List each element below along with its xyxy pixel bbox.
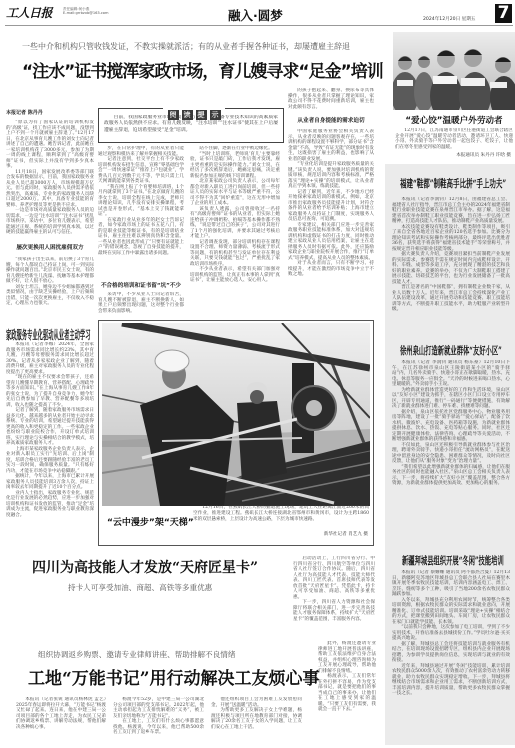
paragraph: 专家建议，相关部门应进一步完善家政服务职业技能标准体系，加大对违规培训机构和虚假… [288,223,374,262]
paragraph: 记者注意到，社交平台上有不少家政培训机构发布招生信息，宣称“零基础包学会”“一周… [98,157,184,185]
sidebar-body-xinjiang: 本报讯（记者 蔡姗姗 通讯员 阿不都热合曼）12月13日，新疆阿克苏地区拜城县总… [392,570,510,738]
sichuan-subheadline: 持卡人可享受加油、商超、高铁等多重优惠 [68,582,212,593]
lead-column-a: 步，在日常护理中，有的从业者只能通过观察和模仿来了解并掌握相关技能。记者注意到，… [98,146,184,280]
paragraph: 杨渡今年52岁，是中建三局一公司湖北分公司项目部的党支部书记。2022年起，他主… [113,697,204,719]
paragraph: 下一步，四川省人力资源和社会保障厅将联合相关部门，进一步完善高技能人才服务保障体… [293,600,375,622]
paragraph: “我家孩子出生以来，前后换了3个育儿嫂，每个人都说自己持证上岗，可一到实际操作就… [6,257,94,285]
section-title: 融入·圆梦 [228,6,283,24]
dumpling-workers-photo [393,32,515,110]
sidebar-headline-xuzhou: 徐州泉山打造新就业群体“友好小区” [400,343,502,358]
lead-byline: 本报记者 陈丹丹 [6,109,43,116]
lead-deck: 一些中介和机构只管收钱发证，不教实操就派活；有的从业者手握各种证书，却屡遭雇主辞… [22,41,350,52]
paragraph: “现在的雇主不仅要求会带孩子，还希望育儿嫂懂早期教育、营养搭配、心理疏导等多方面… [6,375,94,408]
lead-column-b: 站不住脚，逐渐在行业中被边缘化。“当时上培训班，老师说‘育儿’主要靠经验，证书只… [190,146,280,317]
paragraph: 晋江是著名的“中国鞋都”，拥有制鞋企业数千家，从业人员数十万人。近年来，晋江市总… [392,285,510,313]
top-photo-credit: 本报通讯员 朱丹丹 许晗 摄 [395,152,511,158]
paragraph: “我们希望以此增强新就业群体的归属感，让他们在服务社区的同时也能融入社区。”泉山… [392,465,510,487]
paragraph: 步，在日常护理中，有的从业者只能通过观察和模仿来了解并掌握相关技能。 [98,146,184,157]
paragraph: “当时上培训班，老师说‘育儿’主要靠经验，证书只是敲门砖，工作后我才发现，雇主更… [190,152,280,180]
paragraph: 中国家庭服务业协会相关负责人表示，从业者反映的问题客观存在，一些培训机构的课程设… [288,129,374,162]
paragraph: 在家政行业从业多年的赵女士告诉记者，如今家政市场上的证书五花八门，有的是职业技能… [98,218,184,257]
paragraph: 在工地上，工友们有什么烦心事都愿意找他。杨渡说，今年以来，他已帮助500余名工友… [113,719,204,736]
sidebar-body-fujian: 本报讯（记者李润钊）12月8日，由福建省总工会、福建省人社厅指导，晋江市总工会主… [392,197,510,340]
worksite-headline: 工地“万能书记”用行动解决工友烦心事 [28,664,320,689]
paragraph: “原以为有了国家认证的培训机构发的‘高级’证，找工作应该不成问题，没想到上户不到… [6,120,94,170]
sichuan-body: 启动活动上，工行四川省分行、中行四川省分行、四川航空等单位与四川省人社厅签订合作… [293,556,375,638]
paragraph: 本报讯（记者李娜）2024年，全国家政服务市场需求同比增长约23%，其中育儿嫂、… [6,342,94,375]
paragraph: 不仅如此，泉山区还积极引导新就业群体参与社区治理，聘请外卖骑手、快递小哥担任“流… [392,443,510,465]
email-credit: E-mail:grrbzxb@163.com [63,11,109,15]
paragraph: 该负责人透露，公司曾接收过一名持有“高级育婴师”证书的从业者，但实际上她连给孩子… [190,207,280,240]
paragraph: 杨渡表示，工友们常年在外打拼不容易，作为党支部书记，就是要把他们的事当成自己的事… [318,674,376,713]
lead-left-column-a: “原以为有了国家认证的培训机构发的‘高级’证，找工作应该不成问题，没想到上户不到… [6,120,94,238]
worksite-column-1: 本报讯（记者张锐 通讯员杨林虎 孟艺）2025年春运即将拉开大幕，“万能书记”杨… [16,697,106,748]
sidebar-headline-fujian: 福建“鞋都”制鞋高手比拼“手上功夫” [400,176,506,191]
paragraph: 为帮助更多工友解决子女上学难题，杨渡还积极与项目所在地教育部门对接，协调解决了2… [211,708,302,730]
top-photo-title: “爱心饺”温暖户外劳动者 [393,114,515,126]
sidebar-body-xuzhou: 本报讯（记者 李润钊 通讯员 杨东豪）12月10日下午，在江苏徐州市泉山区王陵街… [392,360,510,550]
side-article-body: 本报讯（记者李娜）2024年，全国家政服务市场需求同比增长约23%，其中育儿嫂、… [6,342,94,546]
paragraph: 据介绍，泉山区依托社区党群服务中心、物业服务用房等阵地，建设了一批“骑手驿站”“… [392,410,510,443]
paragraph: 据大赛负责人介绍，竞赛项目紧扣当前制鞋产业发展的实际需求，参赛选手需在规定时间内… [392,252,510,285]
top-photo-caption-text: 12月17日，江苏南通市崇川区任港街道工会联合辖区企业开展“爱心饺”温暖劳动者活… [395,128,513,150]
paragraph: 他还组织项目工会为困难工友发放慰问金，开展“送温暖”活动。 [211,697,302,708]
worksite-deck: 组织协调返乡购票、邀请专业律师讲座、帮助排解不良情绪 [38,649,235,660]
paragraph: 启动活动上，工行四川省分行、中行四川省分行、四川航空等单位与四川省人社厅签订合作… [293,556,375,600]
lead-column-c-subheading: 从业者自身提能的需求迫切 [288,118,374,125]
lead-column-c: 的孩子抱起来、翻身、换尿布等具体操作，很多从业者只掌握了理论知识，家政公司不得不… [288,88,374,116]
reading-tip-title: 阅读提示 [163,102,225,113]
paragraph: 对于从业者而言，只有不断学习、持续提升，才能在激烈的市场竞争中立于不败之地。 [288,261,374,278]
lead-column-a-continued: 采访中，不少从业人士向记者诉苦，育儿嫂不断被辞退，雇主不断换新人，如果上户后频繁… [98,292,184,317]
paragraph: 记者调查发现，部分培训机构存在课程设置不合理、师资力量薄弱、考核流于形式等问题，… [190,240,280,268]
paragraph: 本报讯（记者 蔡姗姗 通讯员 阿不都热合曼）12月13日，新疆阿克苏地区拜城县总… [392,570,510,598]
side-article-headline: 家政服务专业化驱动从业者主动学习 [6,326,90,343]
worksite-column-3: 他还组织项目工会为困难工友发放慰问金，开展“送温暖”活动。为帮助更多工友解决子女… [211,697,302,748]
lead-headline: “注水”证书搅浑家政市场，育儿嫂寻求“足金”培训 [22,57,383,82]
center-photo-caption-text: 12月16日，在燕矶长江大桥的猫道施工现场，建筑工人在距离江面近200米的高空作… [193,505,369,523]
sichuan-headline: 四川为高技能人才发放“天府匠星卡” [32,557,258,577]
paragraph: “以前我只会种地，这次参加了电工培训，学到了不少实用技术，开春后准备去县城找份工… [392,625,510,642]
newspaper-logo: 工人日报 [6,4,52,21]
paragraph: 北京某家政公司负责人表示，公司每年都会对新入职员工进行岗前培训，但一些持证人员的… [190,179,280,207]
paragraph: 此外，杨渡还邀请专业律师进工地开展普法讲座，帮助工友依法维护自身合法权益，并组织… [318,641,376,674]
header-meta: 责任编辑:何小燕 E-mail:grrbzxb@163.com [63,7,109,16]
paragraph: 刘女士坦言，她身边不少姐妹都遇到过类似情况，由于缺乏实操经验，上户后频频出错，只… [6,285,94,307]
paragraph: 一边是市场对高质量家政服务人员的迫切需求，一边是“注水培训”“注水证书”扰乱市场… [6,208,94,236]
sidebar-headline-xinjiang: 新疆拜城县组织开展“冬闲”技能培训 [402,553,504,568]
paragraph: 本报讯（记者 李润钊 通讯员 杨东豪）12月10日下午，在江苏徐州市泉山区王陵街… [392,360,510,388]
paragraph: 11月18日，国家发展改革委等部门联合发布的数据显示，目前，我国家政服务业从业人… [6,170,94,209]
header-rule [5,25,513,26]
bridge-worker-photo [102,323,370,506]
paragraph: 据统计，今年以来，上海市已累计开展家政服务人员技能培训3万余人次，持证上岗率较去… [6,474,94,491]
paragraph: 本次技能竞赛设有鞋类设计、鞋类制作等项目，吸引了来自全省各地近百家企业的120名… [392,225,510,253]
paragraph: “我在网上报了个育婴师培训班，1个月内就拿到了3个证书。”在北京做育儿嫂的李女士… [98,185,184,218]
center-photo-caption: 12月16日，在燕矶长江大桥的猫道施工现场，建筑工人在距离江面近200米的高空作… [193,505,369,531]
paragraph: 的孩子抱起来、翻身、换尿布等具体操作，很多从业者只掌握了理论知识，家政公司不得不… [288,88,374,110]
paragraph: 采访中，不少从业人士向记者诉苦，育儿嫂不断被辞退，雇主不断换新人，如果上户后频繁… [98,292,184,314]
paragraph: 为给新就业群体营造更好的工作和生活环境，泉山区以“友好小区”建设为抓手，在辖区小… [392,388,510,410]
top-photo-caption: 12月17日，江苏南通市崇川区任港街道工会联合辖区企业开展“爱心饺”温暖劳动者活… [395,128,513,151]
page-number-badge: 7 [495,4,512,23]
lead-column-c-continued: 中国家庭服务业协会相关负责人表示，从业者反映的问题客观存在，一些培训机构的课程设… [288,129,374,317]
lead-column-a-subheading: 不合格的培训和证书留“坑”不少 [98,283,184,290]
paragraph: 站不住脚，逐渐在行业中被边缘化。 [190,146,280,152]
paragraph: 记者了解到，随着家政服务市场需求日益多元化，越来越多的从业者开始主动寻求系统、专… [6,408,94,447]
reading-tip-text: 目前，我国家政服务业市场规模已超万亿元，但具备专业技术知识的高素质家政服务人员依… [104,115,278,140]
lead-left-subheading: 屡次更换用人困扰雇佣双方 [6,245,94,252]
paragraph: 不少从业者表示，希望有关部门加强对培训机构的监管，让真正有本事的人拿到“真证书”… [190,267,280,284]
paragraph: 入冬以来，拜城县充分利用农闲时节，统筹整合各类培训资源，根据农牧民群众的实际需求… [392,598,510,626]
issue-date: 2024年12月20日 星期五 [423,16,475,22]
paragraph: 据了解，拜城县总工会还将技能培训与就业服务有机结合，在培训现场设置招聘专区，组织… [392,642,510,664]
worksite-column-4: 此外，杨渡还邀请专业律师进工地开展普法讲座，帮助工友依法维护自身合法权益，并组织… [318,641,376,748]
center-photo-title: “云中漫步”架“天梯” [107,515,194,528]
paragraph: 上海市某家政服务企业负责人表示，企业对新入职员工实行“先培训、后上岗”制度，培训… [6,447,94,475]
paragraph: 业内人士指出，家政服务专业化、规范化是行业发展的必然趋势，应进一步加强对培训机构… [6,491,94,519]
center-photo-credit: 新华社记者 肖艺九 摄 [280,531,368,537]
paragraph: 近年来，拜城县通过开展“冬闲”技能培训，累计培训农牧民群众5000余人次，有效推… [392,664,510,697]
paragraph: 记者了解到，近年来，不少地方已经开始探索家政培训的新模式。例如，北京市推出家政服… [288,190,374,223]
paragraph: 本报讯（记者李润钊）12月8日，由福建省总工会、福建省人社厅指导，晋江市总工会主… [392,197,510,225]
reading-tip-body: 目前，我国家政服务业市场规模已超万亿元，但具备专业技术知识的高素质家政服务人员依… [104,115,278,133]
paragraph: “专业化培训是提升家政服务质量的关键。”该负责人说，要加强对培训机构的资质审核，… [288,162,374,190]
lead-left-column-b: “我家孩子出生以来，前后换了3个育儿嫂，每个人都说自己持证上岗，可一到实际操作就… [6,257,94,314]
worksite-column-2: 杨渡今年52岁，是中建三局一公司湖北分公司项目部的党支部书记。2022年起，他主… [113,697,204,748]
paragraph: 本报讯（记者张锐 通讯员杨林虎 孟艺）2025年春运即将拉开大幕，“万能书记”杨… [16,697,106,730]
